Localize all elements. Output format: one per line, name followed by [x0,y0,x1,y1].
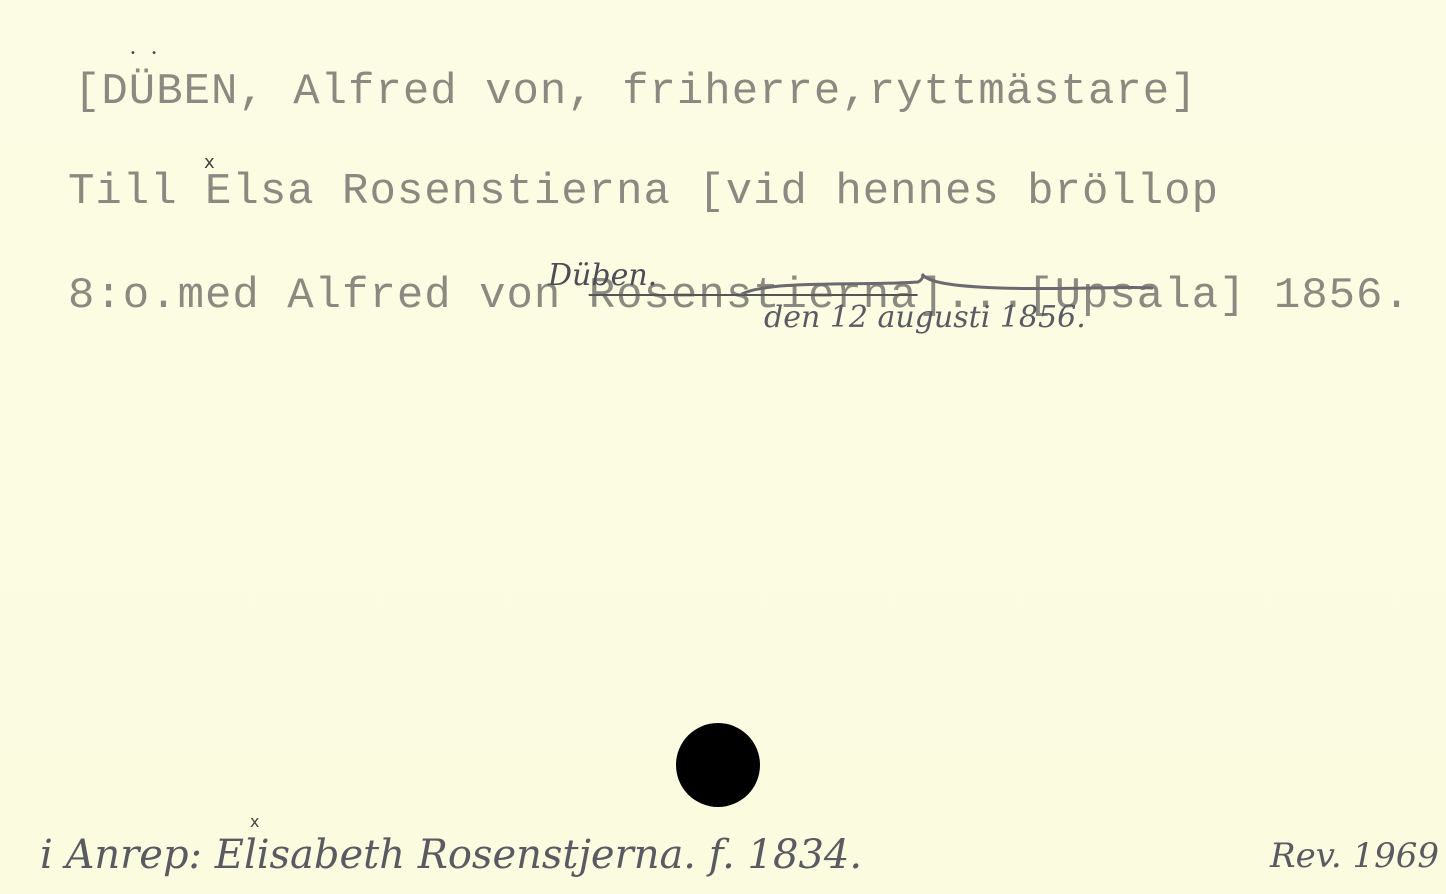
x-mark-footer: x [250,812,259,831]
title-line-1: Till Elsa Rosenstierna [vid hennes bröll… [68,166,1219,218]
umlaut-dots-mark: • • [130,48,163,59]
footer-note: i Anrep: Elisabeth Rosenstjerna. f. 1834… [40,832,862,878]
handwritten-correction: Düben. [548,258,657,293]
title-line-2-prefix: med Alfred von [178,271,589,321]
revision-note: Rev. 1969 [1270,836,1439,876]
card-heading: [DÜBEN, Alfred von, friherre,ryttmästare… [74,66,1198,118]
punch-hole [676,723,760,807]
format-line: 8:o. [68,270,178,322]
handwritten-date: den 12 augusti 1856. [764,300,1086,335]
catalog-card: • • [DÜBEN, Alfred von, friherre,ryttmäs… [0,0,1446,894]
brace-mark [740,272,1160,302]
